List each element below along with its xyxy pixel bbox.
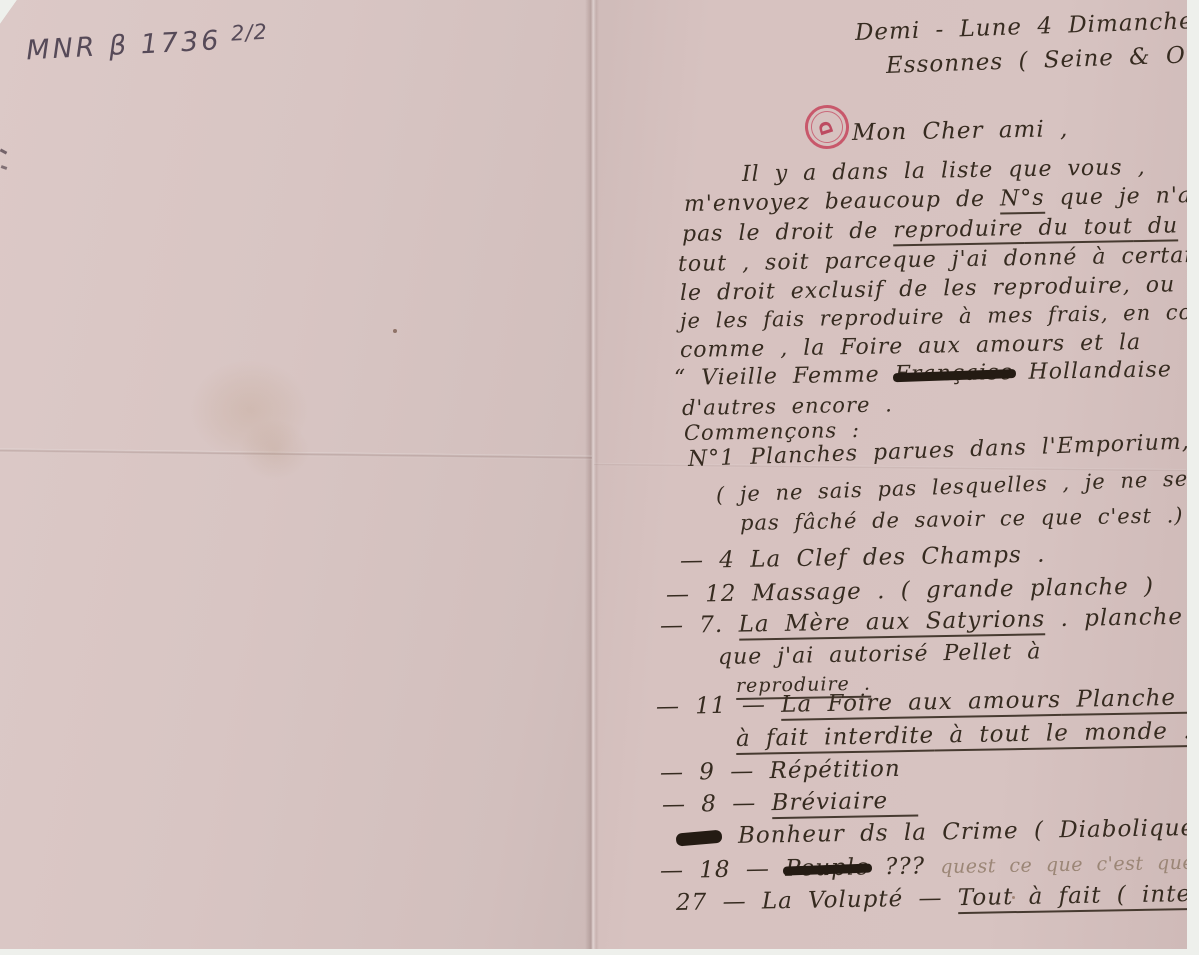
archival-fraction: 2/2 — [230, 20, 268, 46]
underlined-text: du tout — [1023, 214, 1133, 244]
underlined-text: La Mère aux Satyrions — [738, 606, 1045, 640]
vertical-fold-crease — [585, 0, 599, 949]
scribbled-out-word: Française — [894, 360, 1013, 387]
text-segment: Foire aux amours — [840, 331, 1065, 360]
text-segment: — 11 — — [656, 692, 782, 720]
line-b9: d'autres encore . — [682, 392, 893, 420]
text-segment: ??? — [870, 853, 941, 880]
letter-scan: MNR β 17362/2 D Demi - Lune 4 Dimanche E… — [0, 0, 1187, 949]
underlined-text: à fait interdite — [736, 723, 935, 755]
line-salutation: Mon Cher ami , — [852, 116, 1069, 146]
underlined-text: Bréviaire — [771, 788, 918, 820]
underlined-text: La Foire aux amours — [781, 687, 1061, 721]
line-l9: — 8 — Bréviaire — [662, 788, 919, 818]
text-segment: “ Vieille Femme — [674, 362, 895, 391]
line-l8: — 9 — Répétition — [660, 756, 901, 786]
paper-stain — [240, 420, 310, 480]
underlined-text: du — [1133, 213, 1179, 242]
text-segment: — 8 — — [662, 790, 772, 818]
text-segment: et la — [1065, 330, 1141, 356]
text-segment: — 7. — [660, 612, 739, 639]
letter-page-left — [0, 0, 592, 949]
underlined-text: Planche tout — [1061, 684, 1199, 716]
ink-speck — [393, 329, 397, 333]
text-segment: Hollandaise , puis — [1013, 356, 1199, 385]
text-segment: que je n'ai — [1044, 183, 1199, 211]
scribble-blob — [676, 829, 723, 846]
scribbled-out-word: Peuple — [785, 854, 870, 881]
text-segment: 27 — La Volupté — — [676, 885, 958, 916]
text-segment: comme , la — [680, 335, 841, 363]
pencil-annotation: quest ce que c'est que celle là — [940, 850, 1199, 878]
text-segment: . planche — [1045, 604, 1183, 632]
underlined-text: Tout à fait ( interdite ) — [958, 880, 1199, 915]
underlined-text: reproduire — [893, 216, 1024, 246]
underlined-text: N°s — [1000, 186, 1045, 215]
text-segment: — 18 — — [660, 856, 786, 884]
underlined-text: à tout le monde . — [934, 718, 1192, 751]
text-segment: pas le droit de — [682, 218, 894, 247]
stamp-letter-d: D — [817, 118, 838, 137]
